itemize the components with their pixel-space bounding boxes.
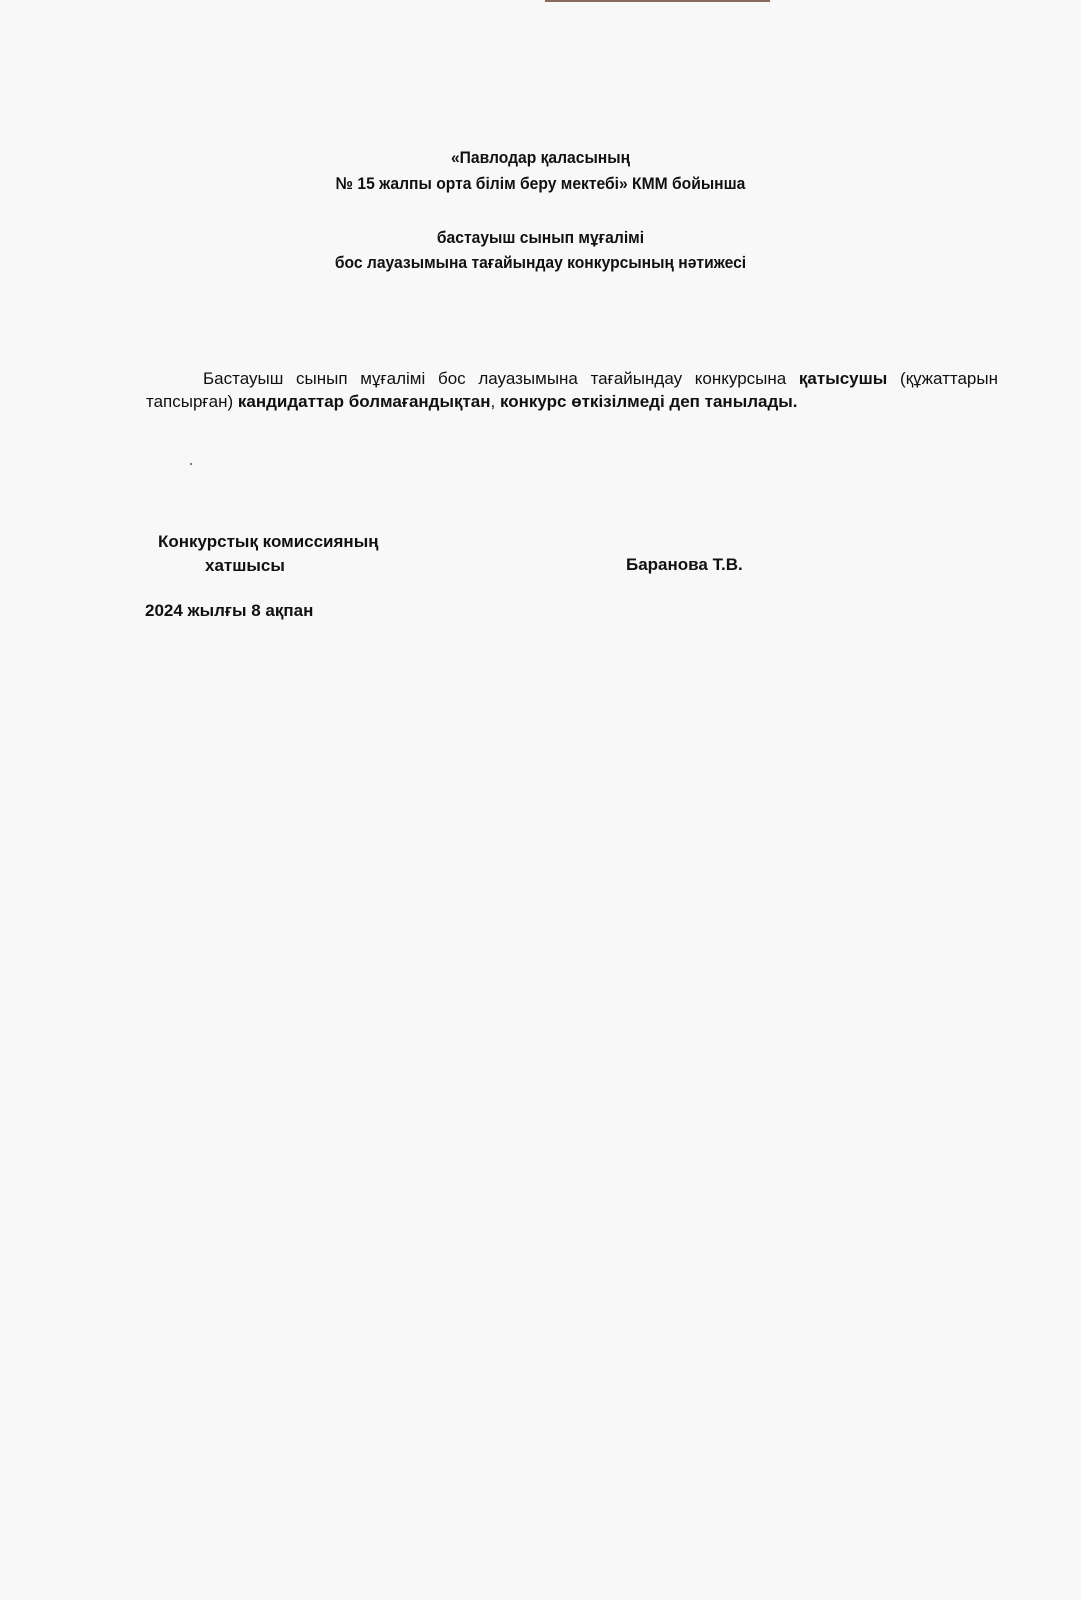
- signatory-name: Баранова Т.В.: [626, 553, 743, 577]
- scan-edge: [545, 0, 770, 2]
- header-line-3: бастауыш сынып мұғалімі: [43, 226, 1038, 250]
- header-line-4: бос лауазымына тағайындау конкурсының нә…: [43, 251, 1038, 275]
- header-line-1: «Павлодар қаласының: [43, 146, 1038, 170]
- header-line-2: № 15 жалпы орта білім беру мектебі» КММ …: [43, 172, 1038, 196]
- body-part-6: конкурс өткізілмеді деп танылады.: [500, 392, 798, 411]
- document-date: 2024 жылғы 8 ақпан: [145, 599, 313, 623]
- body-part-4: кандидаттар болмағандықтан: [238, 392, 491, 411]
- stray-mark: [190, 463, 192, 465]
- body-part-5: ,: [491, 392, 500, 411]
- body-part-1: Бастауыш сынып мұғалімі бос лауазымына т…: [203, 369, 799, 388]
- result-paragraph: Бастауыш сынып мұғалімі бос лауазымына т…: [146, 367, 998, 413]
- body-part-2: қатысушы: [799, 369, 887, 388]
- signatory-role-line-2: хатшысы: [205, 554, 285, 578]
- signatory-role-line-1: Конкурстық комиссияның: [158, 530, 379, 554]
